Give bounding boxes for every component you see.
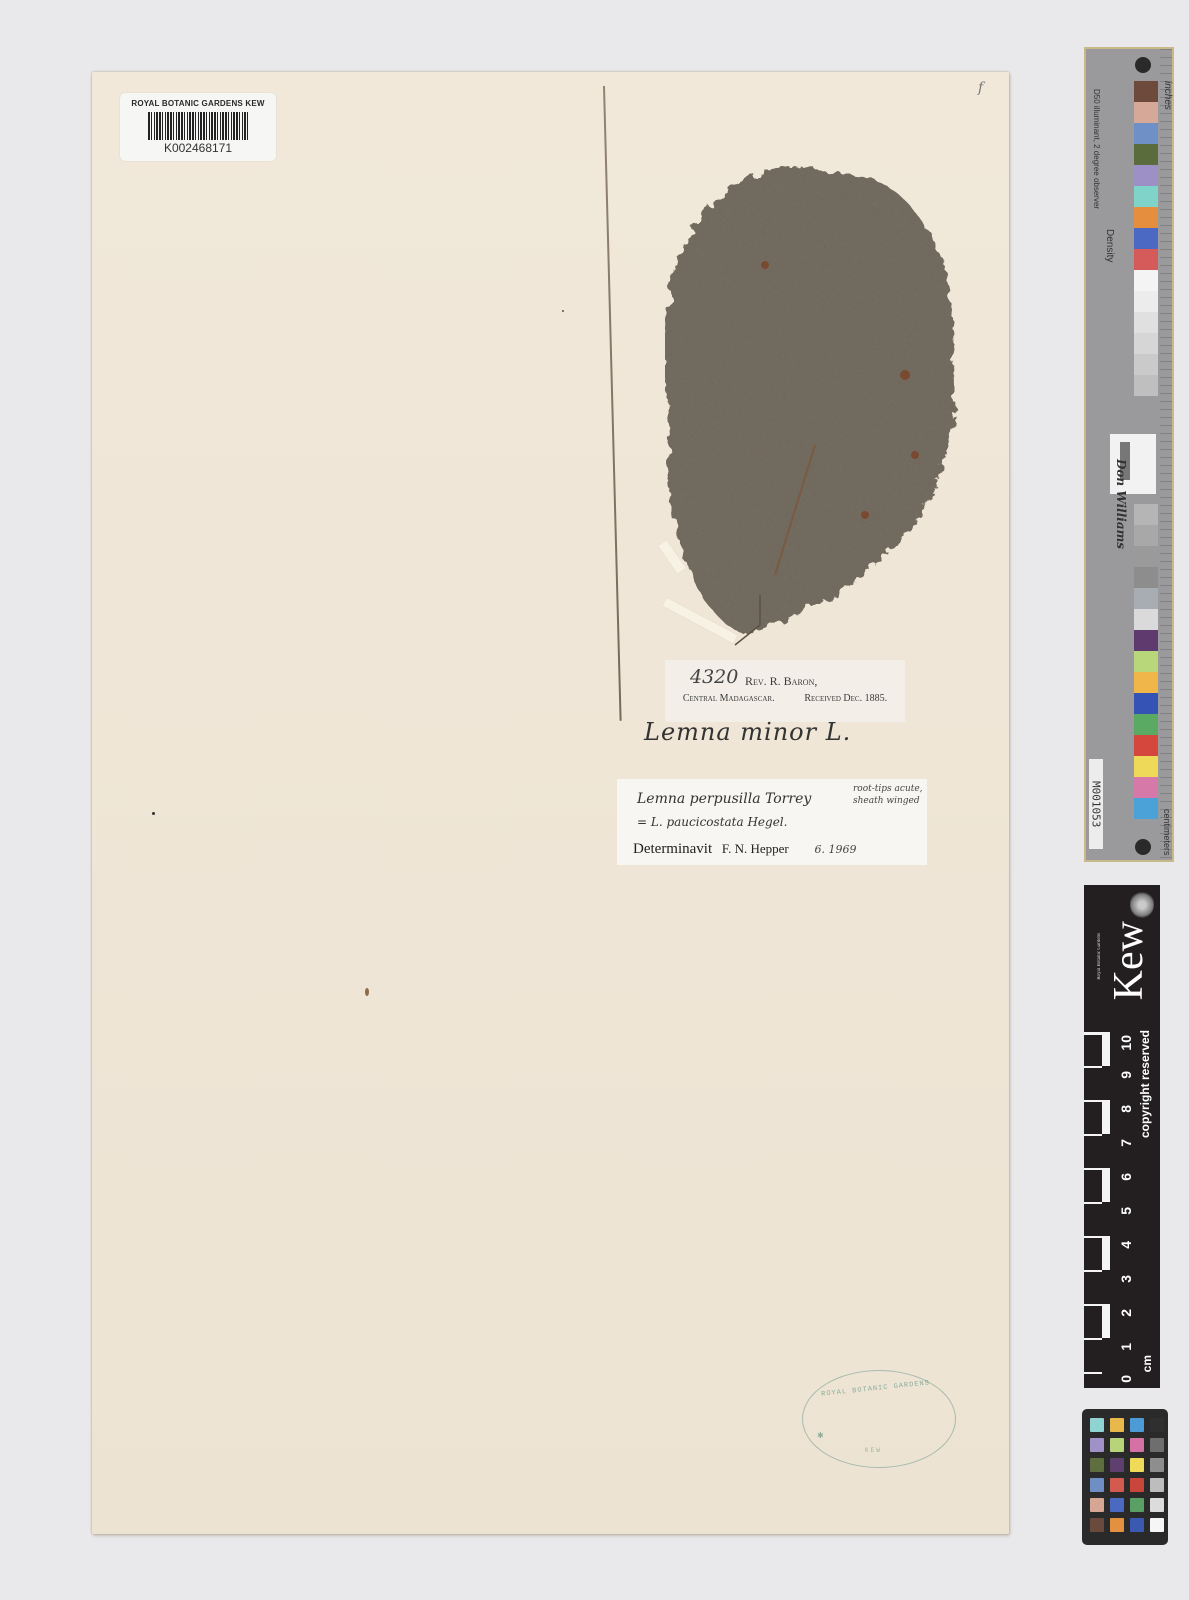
color-patch	[1134, 249, 1158, 270]
checker-patch	[1130, 1418, 1144, 1432]
org-small-text: Royal Botanic Gardens	[1097, 933, 1102, 980]
grey-patch	[1134, 525, 1158, 546]
inches-label: inches	[1162, 81, 1173, 110]
color-checker-grid	[1090, 1418, 1164, 1532]
dried-lemna-specimen	[665, 155, 970, 655]
checker-patch	[1130, 1438, 1144, 1452]
kew-scale-bar: Royal Botanic Gardens Kew 10 9 8 7 6 5 4…	[1084, 885, 1160, 1388]
checker-patch	[1150, 1458, 1164, 1472]
grey-patch	[1134, 567, 1158, 588]
density-label: Density	[1104, 229, 1115, 262]
grey-patch	[1134, 270, 1158, 291]
kew-crest-icon	[1130, 892, 1154, 918]
determination-name: Lemna perpusilla Torrey	[637, 791, 811, 807]
color-patch	[1134, 756, 1158, 777]
checker-patch	[1150, 1498, 1164, 1512]
checker-patch	[1110, 1418, 1124, 1432]
grey-patch	[1134, 504, 1158, 525]
color-patch	[1134, 777, 1158, 798]
scale-number: 1	[1118, 1343, 1134, 1351]
checker-patch	[1110, 1458, 1124, 1472]
stain-spot	[562, 310, 564, 312]
locality: Central Madagascar.	[683, 693, 775, 704]
color-patch	[1134, 186, 1158, 207]
barcode-number: K002468171	[120, 141, 276, 155]
determination-note: root-tips acute, sheath winged	[853, 783, 925, 807]
corner-mark: f	[978, 80, 983, 96]
checker-patch	[1110, 1498, 1124, 1512]
color-patch	[1134, 144, 1158, 165]
color-patches-bottom	[1134, 504, 1158, 819]
collector: Rev. R. Baron,	[745, 674, 817, 689]
color-patch	[1134, 651, 1158, 672]
checker-patch	[1150, 1438, 1164, 1452]
target-id: M001053	[1089, 759, 1103, 849]
checker-patch	[1130, 1498, 1144, 1512]
checker-patch	[1130, 1478, 1144, 1492]
centimeters-label: centimeters	[1162, 809, 1172, 856]
scale-number: 4	[1118, 1241, 1134, 1249]
barcode-title: ROYAL BOTANIC GARDENS KEW	[120, 99, 276, 108]
determination-date: 6. 1969	[814, 843, 856, 856]
collection-label: 4320 Rev. R. Baron, Central Madagascar. …	[665, 660, 905, 722]
determination-synonym: = L. paucicostata Hegel.	[637, 815, 787, 829]
scale-number: 7	[1118, 1139, 1134, 1147]
ruler-ticks	[1160, 49, 1172, 860]
checker-patch	[1090, 1478, 1104, 1492]
scale-number: 5	[1118, 1207, 1134, 1215]
checker-patch	[1150, 1518, 1164, 1532]
received-date: Received Dec. 1885.	[804, 693, 887, 704]
scale-number: 8	[1118, 1105, 1134, 1113]
punch-hole-icon	[1135, 839, 1151, 855]
illuminant-text: D50 illuminant, 2 degree observer	[1092, 89, 1101, 209]
punch-hole-icon	[1135, 57, 1151, 73]
grey-patch	[1134, 588, 1158, 609]
stamp-top-text: ROYAL BOTANIC GARDENS	[821, 1379, 930, 1398]
brand-label: Don Williams	[1114, 459, 1128, 549]
cm-numbers: 10 9 8 7 6 5 4 3 2 1 0	[1118, 1035, 1138, 1375]
scale-number: 10	[1118, 1035, 1134, 1051]
stamp-bottom-text: KEW	[865, 1447, 882, 1454]
grey-patch	[1134, 312, 1158, 333]
color-patch	[1134, 672, 1158, 693]
scale-number: 3	[1118, 1275, 1134, 1283]
stain-spot	[152, 812, 155, 815]
scale-number: 6	[1118, 1173, 1134, 1181]
color-patch	[1134, 693, 1158, 714]
color-target-bar: inches D50 illuminant, 2 degree observer…	[1084, 47, 1174, 862]
color-patch	[1134, 165, 1158, 186]
color-patch	[1134, 123, 1158, 144]
color-patches-top	[1134, 81, 1158, 396]
cm-scale-blocks	[1084, 1032, 1116, 1382]
determination-slip: Lemna perpusilla Torrey = L. paucicostat…	[617, 779, 927, 865]
checker-patch	[1090, 1498, 1104, 1512]
grey-patch	[1134, 291, 1158, 312]
grey-patch	[1134, 333, 1158, 354]
checker-patch	[1090, 1438, 1104, 1452]
stain-spot	[365, 988, 369, 996]
grey-patch	[1134, 609, 1158, 630]
scale-number: 0	[1118, 1375, 1134, 1383]
barcode-icon	[148, 112, 248, 140]
kew-herbarium-stamp: ROYAL BOTANIC GARDENS ✱ KEW	[802, 1370, 956, 1468]
color-patch	[1134, 735, 1158, 756]
checker-patch	[1110, 1438, 1124, 1452]
checker-patch	[1090, 1458, 1104, 1472]
unit-label: cm	[1140, 1355, 1154, 1372]
copyright-text: copyright reserved	[1138, 1030, 1152, 1138]
color-checker-card	[1082, 1409, 1168, 1545]
collection-number: 4320	[690, 666, 738, 688]
color-patch	[1134, 798, 1158, 819]
barcode-label: ROYAL BOTANIC GARDENS KEW K002468171	[120, 93, 276, 161]
checker-patch	[1150, 1478, 1164, 1492]
kew-logo: Kew	[1108, 921, 1150, 1000]
scale-number: 9	[1118, 1071, 1134, 1079]
checker-patch	[1110, 1478, 1124, 1492]
checker-patch	[1090, 1518, 1104, 1532]
checker-patch	[1110, 1518, 1124, 1532]
species-name-handwritten: Lemna minor L.	[644, 718, 851, 746]
grey-patch	[1134, 354, 1158, 375]
color-patch	[1134, 228, 1158, 249]
scale-number: 2	[1118, 1309, 1134, 1317]
grey-patch	[1134, 546, 1158, 567]
grey-patch	[1134, 375, 1158, 396]
checker-patch	[1090, 1418, 1104, 1432]
star-icon: ✱	[817, 1431, 824, 1440]
determinavit-label: Determinavit	[633, 841, 712, 857]
checker-patch	[1150, 1418, 1164, 1432]
color-patch	[1134, 81, 1158, 102]
color-patch	[1134, 630, 1158, 651]
determiner: F. N. Hepper	[722, 841, 789, 856]
color-patch	[1134, 207, 1158, 228]
checker-patch	[1130, 1458, 1144, 1472]
color-patch	[1134, 714, 1158, 735]
color-patch	[1134, 102, 1158, 123]
checker-patch	[1130, 1518, 1144, 1532]
